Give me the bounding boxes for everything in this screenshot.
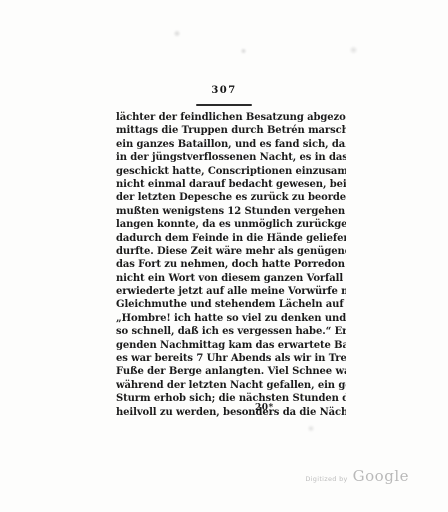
text-line: genden Nachmittag kam das erwartete Bata… bbox=[116, 339, 346, 352]
text-line: lächter der feindlichen Besatzung abgezo… bbox=[116, 111, 346, 124]
text-line: es war bereits 7 Uhr Abends als wir in T… bbox=[116, 352, 346, 365]
text-line: langen konnte, da es unmöglich zurückgel… bbox=[116, 218, 346, 231]
text-line: heilvoll zu werden, besonders da die Näc… bbox=[116, 406, 346, 419]
scanned-book-page: 307 lächter der feindlichen Besatzung ab… bbox=[0, 0, 448, 512]
text-line: mußten wenigstens 12 Stunden vergehen eh… bbox=[116, 205, 346, 218]
watermark-prefix-label: Digitized by bbox=[305, 475, 347, 483]
text-line: in der jüngstverflossenen Nacht, es in d… bbox=[116, 151, 346, 164]
text-line: nicht einmal darauf bedacht gewesen, bei… bbox=[116, 178, 346, 191]
text-line: während der letzten Nacht gefallen, ein … bbox=[116, 379, 346, 392]
body-text-block: lächter der feindlichen Besatzung abgezo… bbox=[116, 111, 346, 419]
text-line: ein ganzes Bataillon, und es fand sich, … bbox=[116, 138, 346, 151]
text-line: so schnell, daß ich es vergessen habe.“ … bbox=[116, 325, 346, 338]
text-line: durfte. Diese Zeit wäre mehr als genügen… bbox=[116, 245, 346, 258]
google-logo-text: Google bbox=[353, 467, 409, 485]
text-line: Gleichmuthe und stehendem Lächeln auf de… bbox=[116, 298, 346, 311]
text-line: der letzten Depesche es zurück zu beorde… bbox=[116, 191, 346, 204]
text-line: geschickt hatte, Conscriptionen einzusam… bbox=[116, 165, 346, 178]
text-line: das Fort zu nehmen, doch hatte Porredon … bbox=[116, 258, 346, 271]
scan-smudge-artifact bbox=[173, 30, 181, 37]
digitized-by-google-watermark: Digitized by Google bbox=[305, 467, 409, 485]
scan-smudge-artifact bbox=[307, 425, 315, 432]
page-number-rule bbox=[196, 104, 252, 106]
text-line: Fuße der Berge anlangten. Viel Schnee wa… bbox=[116, 365, 346, 378]
page-number: 307 bbox=[0, 85, 448, 96]
text-line: erwiederte jetzt auf alle meine Vorwürfe… bbox=[116, 285, 346, 298]
text-line: nicht ein Wort von diesem ganzen Vorfall… bbox=[116, 272, 346, 285]
text-line: „Hombre! ich hatte so viel zu denken und… bbox=[116, 312, 346, 325]
text-line: dadurch dem Feinde in die Hände geliefer… bbox=[116, 232, 346, 245]
scan-smudge-artifact bbox=[240, 48, 247, 54]
text-line: mittags die Truppen durch Betrén marschi… bbox=[116, 124, 346, 137]
scan-smudge-artifact bbox=[349, 46, 358, 54]
text-line: Sturm erhob sich; die nächsten Stunden d… bbox=[116, 392, 346, 405]
signature-mark: 20* bbox=[255, 403, 274, 413]
